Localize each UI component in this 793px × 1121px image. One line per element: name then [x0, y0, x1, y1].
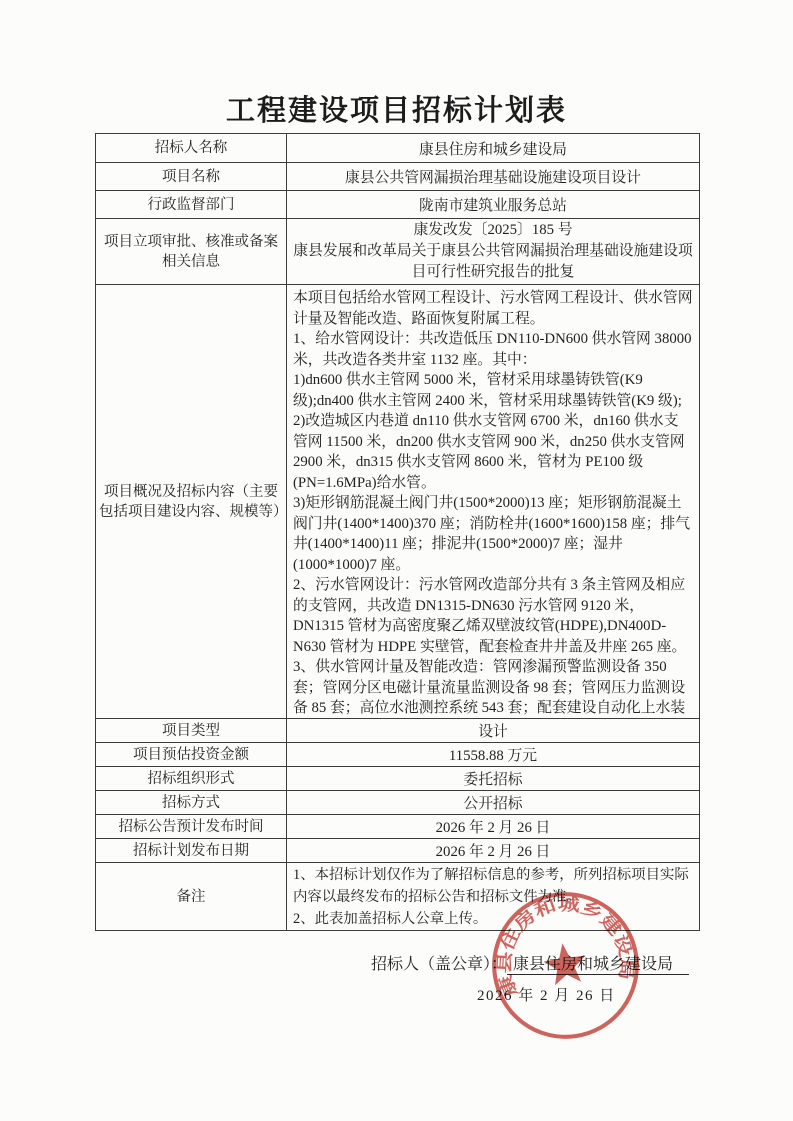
table-row: 项目立项审批、核准或备案相关信息康发改发〔2025〕185 号康县发展和改革局关… — [96, 218, 699, 284]
row-value-line: 2、污水管网设计：污水管网改造部分共有 3 条主管网及相应的支管网，共改造 DN… — [293, 575, 693, 657]
row-value-line: 2026 年 2 月 26 日 — [293, 816, 693, 837]
table-row: 项目类型设计 — [96, 718, 699, 742]
row-value: 康县公共管网漏损治理基础设施建设项目设计 — [287, 163, 699, 190]
row-label: 备注 — [96, 863, 287, 930]
table-row: 招标人名称康县住房和城乡建设局 — [96, 134, 699, 162]
table-row: 项目预估投资金额11558.88 万元 — [96, 742, 699, 766]
row-value: 11558.88 万元 — [287, 743, 699, 766]
row-value-line: 康县公共管网漏损治理基础设施建设项目设计 — [293, 166, 693, 187]
signature-date: 2026 年 2 月 26 日 — [477, 984, 616, 1005]
row-value: 康县住房和城乡建设局 — [287, 134, 699, 162]
table-row: 招标计划发布日期2026 年 2 月 26 日 — [96, 838, 699, 862]
row-value-line: 公开招标 — [293, 792, 693, 813]
row-value: 2026 年 2 月 26 日 — [287, 839, 699, 862]
row-value-line: 康县住房和城乡建设局 — [293, 138, 693, 159]
row-value: 2026 年 2 月 26 日 — [287, 815, 699, 838]
row-value-line: 康发改发〔2025〕185 号 — [293, 220, 693, 241]
row-value-line: 2)改造城区内巷道 dn110 供水支管网 6700 米，dn160 供水支管网… — [293, 411, 693, 493]
row-label: 招标组织形式 — [96, 767, 287, 790]
table-row: 备注1、本招标计划仅作为了解招标信息的参考，所列招标项目实际内容以最终发布的招标… — [96, 862, 699, 930]
table-row: 招标方式公开招标 — [96, 790, 699, 814]
row-value: 陇南市建筑业服务总站 — [287, 191, 699, 218]
table-row: 项目概况及招标内容（主要包括项目建设内容、规模等）本项目包括给水管网工程设计、污… — [96, 284, 699, 718]
row-value-line: 设计 — [293, 720, 693, 741]
page-title: 工程建设项目招标计划表 — [0, 88, 793, 129]
row-value: 设计 — [287, 719, 699, 742]
row-value-line: 康县发展和改革局关于康县公共管网漏损治理基础设施建设项目可行性研究报告的批复 — [293, 241, 693, 283]
row-value: 委托招标 — [287, 767, 699, 790]
row-value: 公开招标 — [287, 791, 699, 814]
row-value-line: 1、给水管网设计：共改造低压 DN110-DN600 供水管网 38000 米，… — [293, 329, 693, 370]
row-value-line: 1、本招标计划仅作为了解招标信息的参考，所列招标项目实际内容以最终发布的招标公告… — [293, 864, 693, 908]
row-label: 招标人名称 — [96, 134, 287, 162]
document-page: 工程建设项目招标计划表 招标人名称康县住房和城乡建设局项目名称康县公共管网漏损治… — [0, 0, 793, 1121]
row-value-line: 本项目包括给水管网工程设计、污水管网工程设计、供水管网计量及智能改造、路面恢复附… — [293, 288, 693, 329]
table-row: 行政监督部门陇南市建筑业服务总站 — [96, 190, 699, 218]
row-value-line: 2、此表加盖招标人公章上传。 — [293, 908, 693, 930]
row-label: 招标公告预计发布时间 — [96, 815, 287, 838]
bidding-plan-table: 招标人名称康县住房和城乡建设局项目名称康县公共管网漏损治理基础设施建设项目设计行… — [95, 133, 700, 931]
row-label: 项目预估投资金额 — [96, 743, 287, 766]
signature-name: 康县住房和城乡建设局 — [507, 956, 689, 975]
row-label: 项目类型 — [96, 719, 287, 742]
row-value: 1、本招标计划仅作为了解招标信息的参考，所列招标项目实际内容以最终发布的招标公告… — [287, 863, 699, 930]
row-value-line: 委托招标 — [293, 768, 693, 789]
table-row: 招标公告预计发布时间2026 年 2 月 26 日 — [96, 814, 699, 838]
row-value: 本项目包括给水管网工程设计、污水管网工程设计、供水管网计量及智能改造、路面恢复附… — [287, 285, 699, 718]
table-row: 招标组织形式委托招标 — [96, 766, 699, 790]
signature-line: 招标人（盖公章）：康县住房和城乡建设局 — [371, 951, 689, 974]
row-value: 康发改发〔2025〕185 号康县发展和改革局关于康县公共管网漏损治理基础设施建… — [287, 219, 699, 284]
row-value-line: 1)dn600 供水主管网 5000 米，管材采用球墨铸铁管(K9 级);dn4… — [293, 370, 693, 411]
row-label: 项目名称 — [96, 163, 287, 190]
row-value-line: 3、供水管网计量及智能改造：管网渗漏预警监测设备 350 套；管网分区电磁计量流… — [293, 657, 693, 718]
row-label: 招标计划发布日期 — [96, 839, 287, 862]
row-label: 招标方式 — [96, 791, 287, 814]
row-value-line: 陇南市建筑业服务总站 — [293, 194, 693, 215]
row-value-line: 2026 年 2 月 26 日 — [293, 840, 693, 861]
table-row: 项目名称康县公共管网漏损治理基础设施建设项目设计 — [96, 162, 699, 190]
row-label: 行政监督部门 — [96, 191, 287, 218]
row-label: 项目立项审批、核准或备案相关信息 — [96, 219, 287, 284]
signature-label: 招标人（盖公章）： — [371, 956, 507, 973]
row-value-line: 11558.88 万元 — [293, 744, 693, 765]
row-value-line: 3)矩形钢筋混凝土阀门井(1500*2000)13 座；矩形钢筋混凝土阀门井(1… — [293, 493, 693, 575]
row-label: 项目概况及招标内容（主要包括项目建设内容、规模等） — [96, 285, 287, 718]
